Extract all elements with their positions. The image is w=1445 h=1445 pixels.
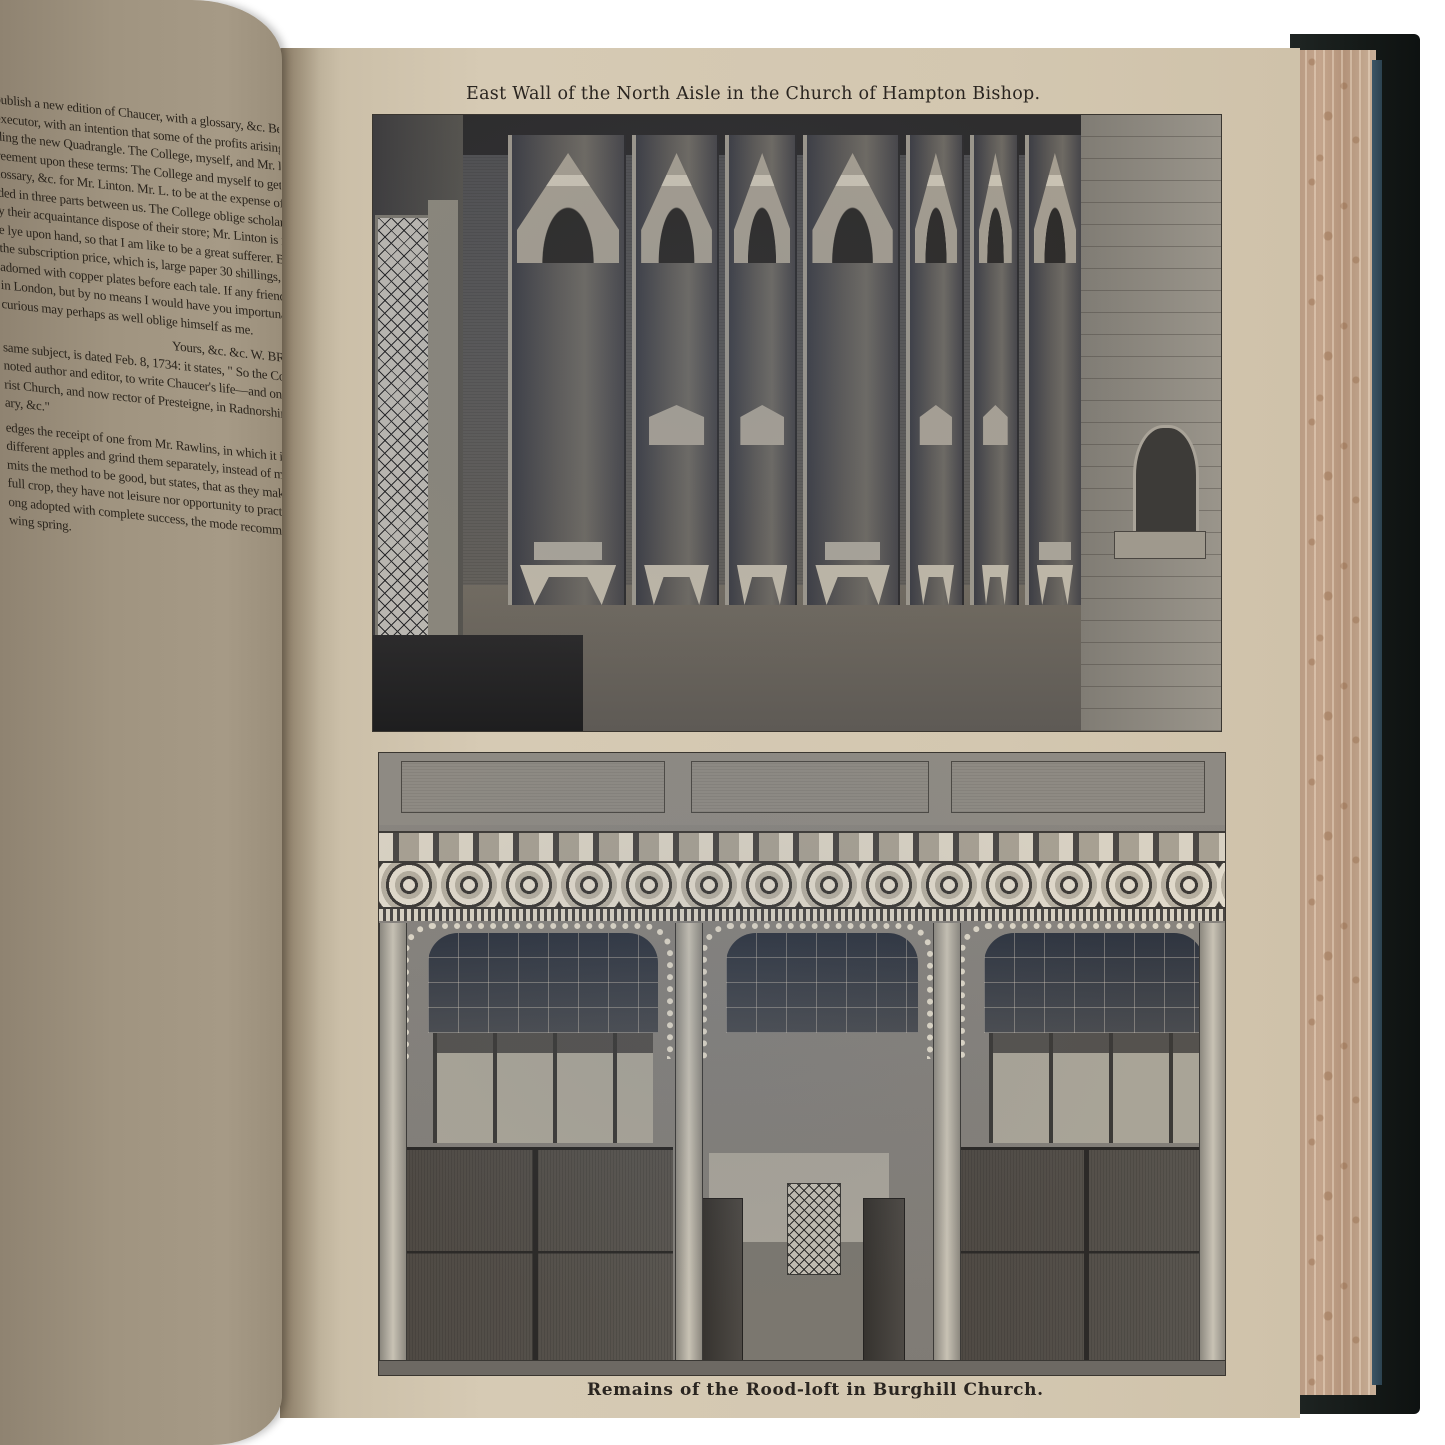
niche-shelf <box>1114 531 1206 559</box>
binding-edge <box>1372 60 1382 1385</box>
stall <box>970 135 1019 605</box>
stall <box>1025 135 1083 605</box>
stall <box>632 135 719 605</box>
canopied-stalls <box>508 135 1083 605</box>
stall <box>906 135 964 605</box>
floor-shadow <box>373 635 583 731</box>
post <box>675 923 703 1375</box>
door-right <box>863 1198 905 1376</box>
right-wall <box>1081 115 1221 731</box>
engraving-hampton-bishop <box>372 114 1222 732</box>
piscina-niche <box>1133 425 1199 541</box>
window-frame <box>428 200 458 670</box>
chancel-window <box>787 1183 841 1275</box>
left-page-text: publish a new edition of Chaucer, with a… <box>0 90 282 559</box>
loft-panels <box>379 753 1225 825</box>
screen-bay-center <box>701 923 933 1153</box>
page-fore-edge <box>1295 50 1376 1395</box>
stall <box>508 135 626 605</box>
lattice-window <box>375 215 433 641</box>
left-page: publish a new edition of Chaucer, with a… <box>0 0 282 1445</box>
frieze-upper <box>379 831 1225 863</box>
plate-caption-bottom: Remains of the Rood-loft in Burghill Chu… <box>587 1380 1044 1400</box>
screen-bay-right <box>959 923 1219 1375</box>
post <box>1199 923 1226 1375</box>
frieze-vine <box>379 863 1225 909</box>
dentil-molding <box>379 909 1225 921</box>
screen-bay-left <box>403 923 673 1375</box>
stall <box>803 135 899 605</box>
floor <box>379 1360 1225 1375</box>
stall <box>725 135 798 605</box>
door-left <box>701 1198 743 1376</box>
engraving-burghill-rood-loft <box>378 752 1226 1376</box>
post <box>379 923 407 1375</box>
post <box>933 923 961 1375</box>
plate-caption-top: East Wall of the North Aisle in the Chur… <box>466 84 1040 104</box>
